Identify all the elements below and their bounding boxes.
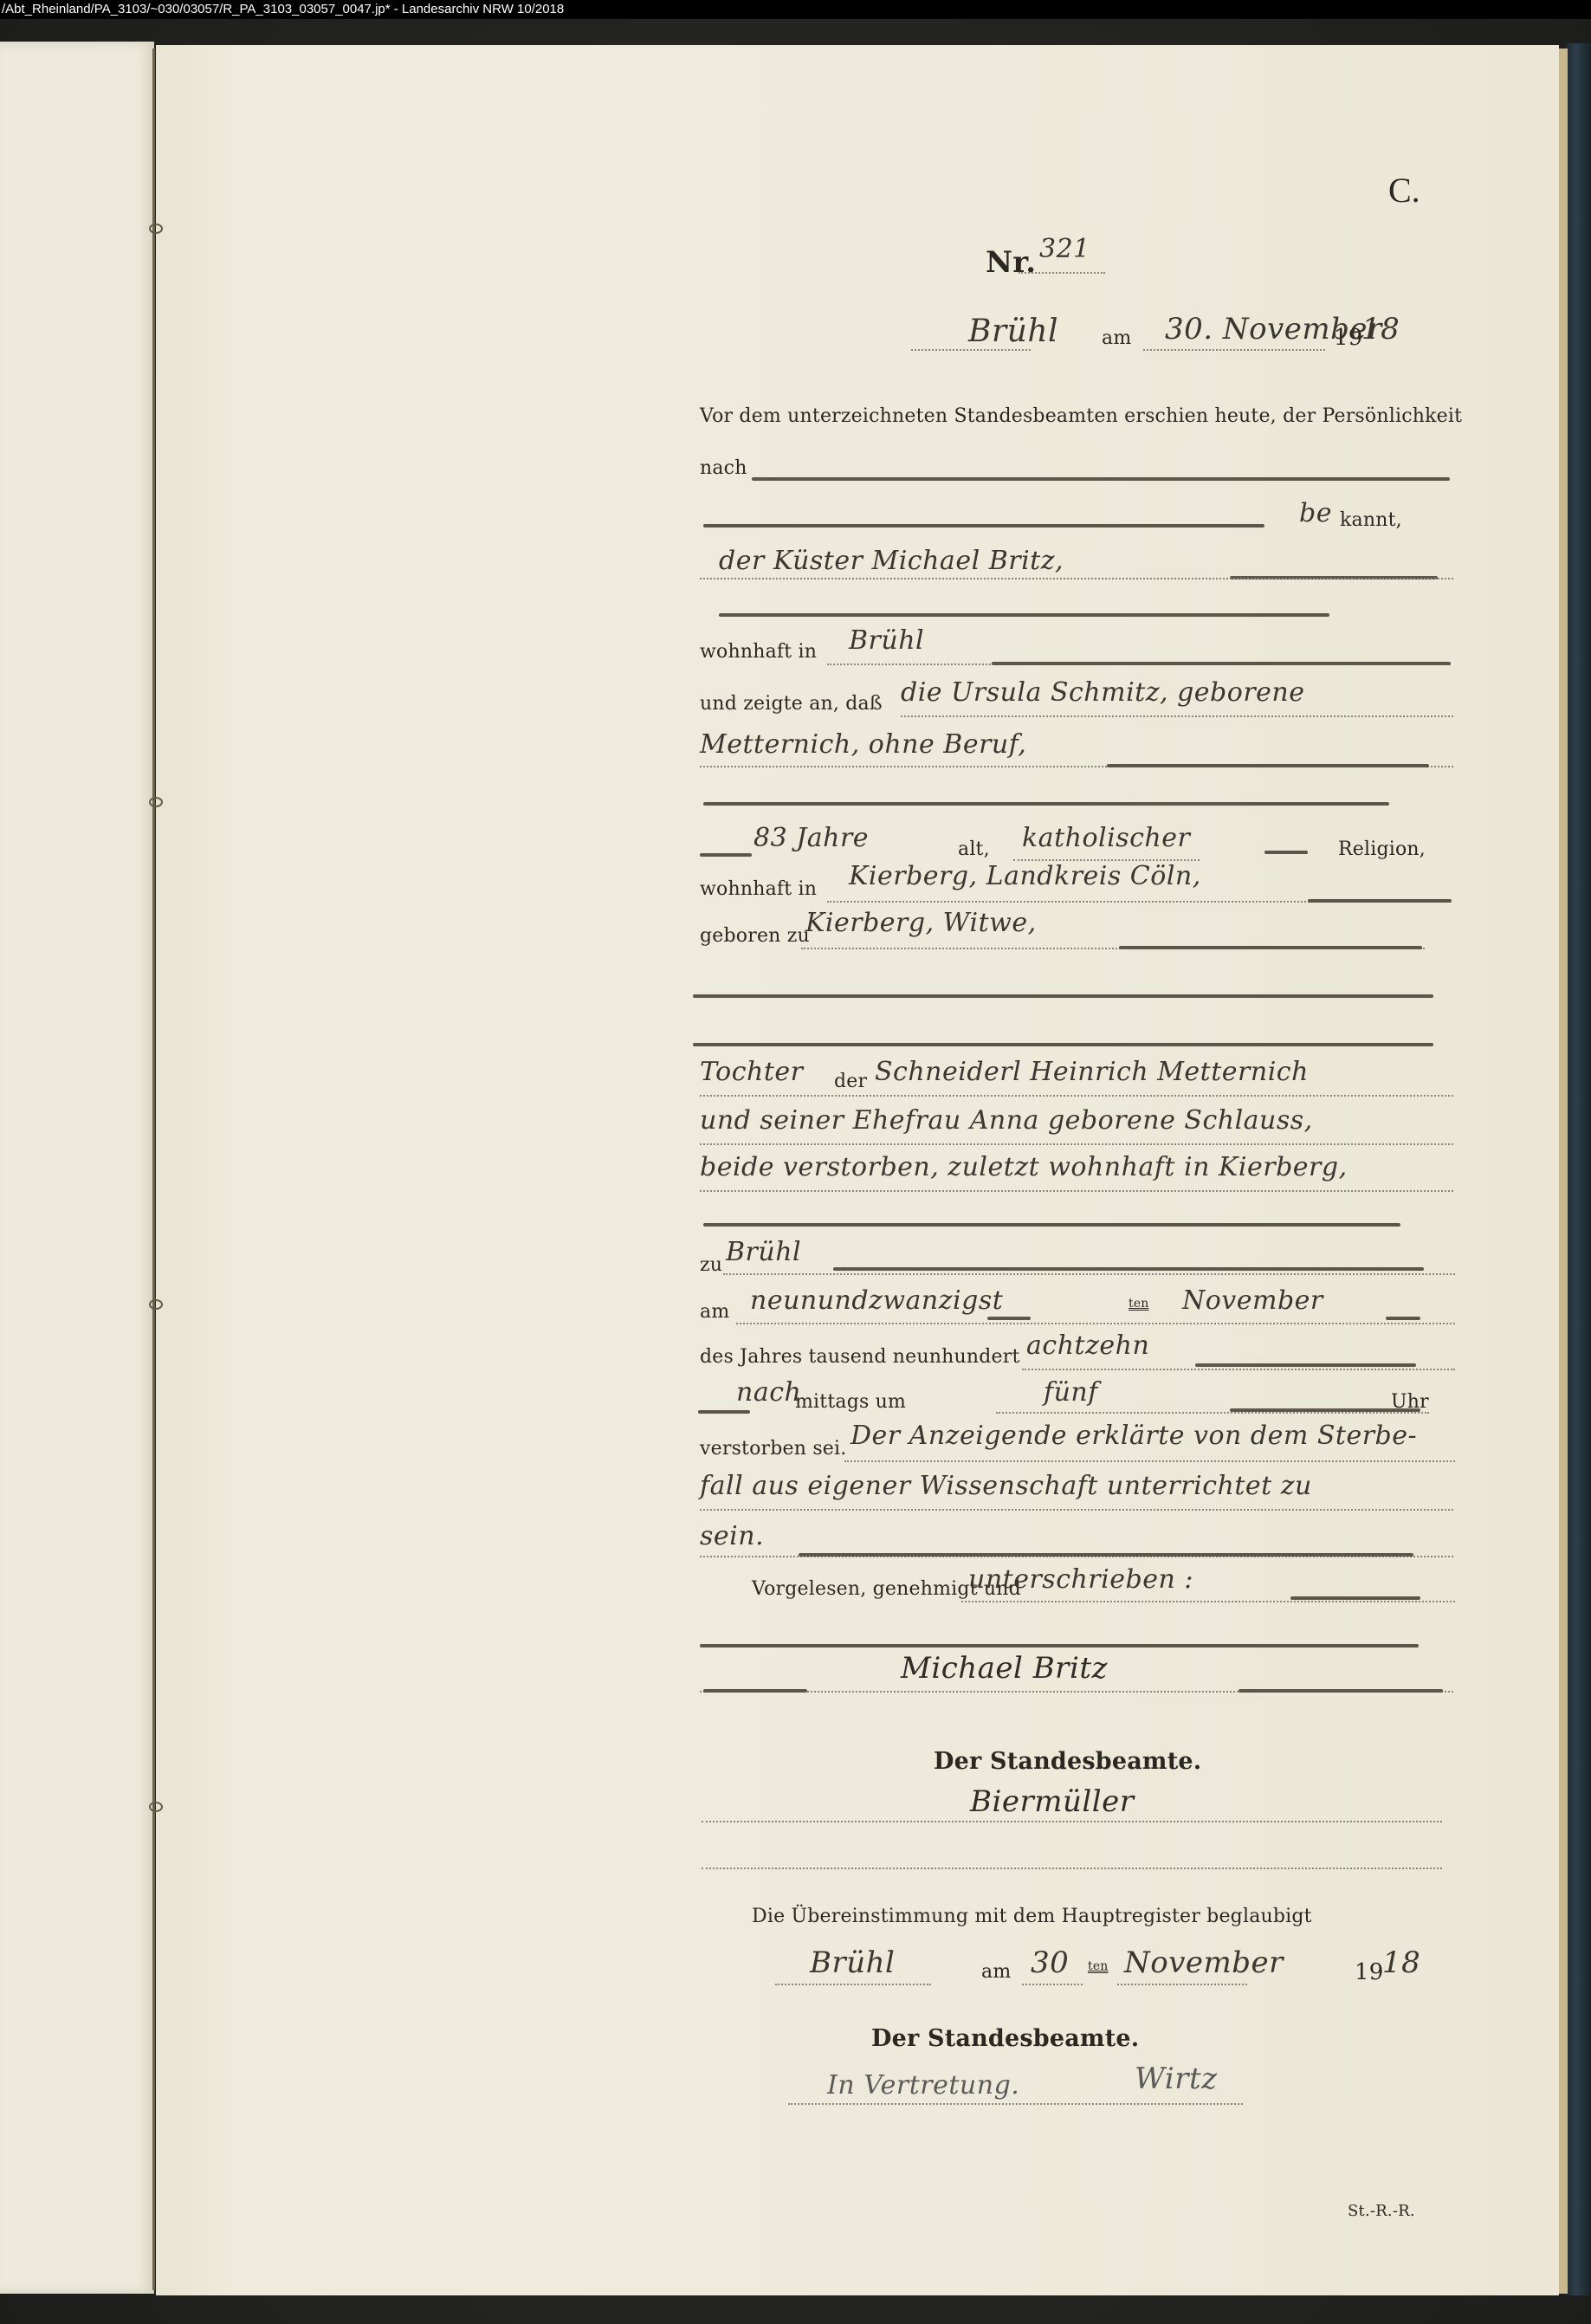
age: 83 Jahre: [753, 823, 869, 853]
uhr-label: Uhr: [1391, 1391, 1429, 1413]
record-number-line: [1019, 272, 1105, 274]
birthplace-label: geboren zu: [700, 925, 810, 947]
book-gutter: [152, 49, 155, 2290]
verstorben-label: verstorben sei.: [700, 1438, 846, 1460]
place-line: [911, 349, 1031, 351]
blank-fill-line: [700, 853, 752, 857]
verstorben-line-2: fall aus eigener Wissenschaft unterricht…: [700, 1471, 1312, 1501]
certification-year-prefix: 19: [1355, 1959, 1383, 1985]
binding-stitch: [149, 797, 163, 807]
death-date-line: [736, 1323, 1455, 1324]
death-month: November: [1182, 1285, 1323, 1316]
birthplace: Kierberg, Witwe,: [805, 908, 1037, 938]
year-suffix: 18: [1361, 312, 1400, 346]
death-hour: fünf: [1044, 1377, 1098, 1408]
registrar-heading-1: Der Standesbeamte.: [934, 1748, 1201, 1775]
page-stack-edge: [1559, 49, 1568, 2294]
mittags-label: mittags um: [795, 1391, 906, 1413]
approval-line: [961, 1601, 1455, 1602]
parents-line: [700, 1190, 1453, 1192]
death-year-label: des Jahres tausend neunhundert: [700, 1346, 1019, 1368]
alt-label: alt,: [958, 838, 990, 860]
blank-fill-line: [1308, 899, 1452, 903]
blank-fill-line: [752, 477, 1450, 481]
bekannt-printed: kannt,: [1340, 509, 1402, 531]
deceased-residence: Kierberg, Landkreis Cöln,: [849, 861, 1201, 891]
date-line: [1143, 349, 1325, 351]
approval-value: unterschrieben :: [968, 1564, 1193, 1595]
certification-day-line: [1022, 1984, 1083, 1985]
blank-fill-line: [799, 1553, 1413, 1557]
parents-line-1: Schneiderl Heinrich Metternich: [875, 1057, 1309, 1087]
binding-stitch: [149, 223, 163, 234]
am-label: am: [1102, 327, 1131, 349]
parents-line: [700, 1095, 1453, 1097]
window-title-bar: /Abt_Rheinland/PA_3103/~030/03057/R_PA_3…: [0, 0, 1591, 19]
blank-fill-line: [703, 524, 1264, 528]
blank-fill-line: [719, 613, 1329, 617]
parents-prefix: Tochter: [700, 1057, 804, 1087]
deputy-note: In Vertretung.: [827, 2070, 1019, 2101]
death-time-prefix: nach: [736, 1377, 801, 1408]
blank-fill-line: [703, 1689, 807, 1693]
death-day: neunundzwanzigst: [750, 1285, 1003, 1316]
blank-fill-line: [693, 994, 1433, 998]
certification-text: Die Übereinstimmung mit dem Hauptregiste…: [752, 1906, 1312, 1927]
window-title: /Abt_Rheinland/PA_3103/~030/03057/R_PA_3…: [2, 2, 564, 16]
year-prefix: 19: [1334, 325, 1362, 351]
informant-line: [700, 578, 1453, 579]
death-place-label: zu: [700, 1254, 722, 1276]
death-date-am-label: am: [700, 1301, 729, 1323]
blank-fill-line: [703, 1223, 1400, 1227]
announcement-line-1: die Ursula Schmitz, geborene: [901, 677, 1305, 708]
blank-fill-line: [987, 1317, 1031, 1320]
binding-stitch: [149, 1299, 163, 1310]
parents-line-2: und seiner Ehefrau Anna geborene Schlaus…: [700, 1105, 1313, 1136]
verstorben-line: [844, 1460, 1455, 1462]
announcement-line-2: Metternich, ohne Beruf,: [700, 729, 1026, 760]
blank-fill-line: [693, 1043, 1433, 1046]
parents-line-3: beide verstorben, zuletzt wohnhaft in Ki…: [700, 1152, 1348, 1182]
registrar-heading-2: Der Standesbeamte.: [871, 2025, 1139, 2052]
informant: der Küster Michael Britz,: [719, 546, 1064, 576]
nach-label: nach: [700, 457, 747, 479]
certification-place: Brühl: [810, 1945, 895, 1980]
registrar-blank-line: [702, 1868, 1442, 1869]
blank-fill-line: [700, 1644, 1419, 1648]
form-letter: C.: [1388, 170, 1420, 210]
religion-label: Religion,: [1338, 838, 1426, 860]
certification-am-label: am: [981, 1961, 1011, 1983]
intro-text: Vor dem unterzeichneten Standesbeamten e…: [700, 405, 1462, 427]
certification-year-suffix: 18: [1382, 1945, 1420, 1980]
verstorben-line: [700, 1509, 1453, 1511]
death-place-line: [723, 1273, 1455, 1275]
religion-value: katholischer: [1022, 823, 1190, 853]
blank-fill-line: [833, 1267, 1424, 1271]
blank-fill-line: [1107, 764, 1429, 767]
informant-residence: Brühl: [849, 625, 924, 656]
death-place: Brühl: [726, 1237, 801, 1267]
registrar-2-signature-line: [788, 2103, 1243, 2105]
certification-month-line: [1117, 1984, 1247, 1985]
parents-der-label: der: [834, 1071, 867, 1092]
certification-ten-label: ten: [1088, 1959, 1109, 1973]
blank-fill-line: [1239, 1689, 1443, 1693]
record-number-label: Nr.: [986, 245, 1036, 280]
announcement-label: und zeigte an, daß: [700, 693, 883, 715]
blank-fill-line: [1119, 946, 1422, 949]
book-cover-edge: [1566, 43, 1591, 2295]
certification-day: 30: [1031, 1945, 1069, 1980]
blank-fill-line: [992, 662, 1451, 665]
registrar-signature-line: [702, 1821, 1442, 1822]
informant-signature: Michael Britz: [901, 1651, 1108, 1686]
verstorben-line-3: sein.: [700, 1521, 764, 1551]
parents-line: [700, 1143, 1453, 1145]
certification-month: November: [1124, 1945, 1284, 1980]
blank-fill-line: [703, 802, 1389, 806]
announcement-line: [901, 715, 1453, 717]
blank-fill-line: [698, 1410, 750, 1414]
death-year: achtzehn: [1026, 1330, 1149, 1361]
left-page: [0, 42, 154, 2294]
place: Brühl: [968, 314, 1058, 349]
certification-place-line: [775, 1984, 931, 1985]
ten-label: ten: [1129, 1297, 1149, 1311]
blank-fill-line: [1386, 1317, 1420, 1320]
blank-fill-line: [1264, 851, 1308, 854]
registrar-signature-2: Wirtz: [1135, 2062, 1218, 2096]
verstorben-line-1: Der Anzeigende erklärte von dem Sterbe-: [850, 1421, 1417, 1451]
death-year-line: [1022, 1369, 1455, 1370]
informant-residence-label: wohnhaft in: [700, 641, 817, 663]
footer-code: St.-R.-R.: [1348, 2202, 1415, 2220]
binding-stitch: [149, 1802, 163, 1812]
blank-fill-line: [1290, 1596, 1420, 1600]
bekannt-handwritten: be: [1299, 498, 1332, 528]
record-number: 321: [1039, 234, 1090, 264]
death-time-line: [996, 1412, 1429, 1414]
registrar-signature-1: Biermüller: [970, 1784, 1135, 1819]
blank-fill-line: [1195, 1363, 1416, 1367]
deceased-residence-label: wohnhaft in: [700, 878, 817, 900]
